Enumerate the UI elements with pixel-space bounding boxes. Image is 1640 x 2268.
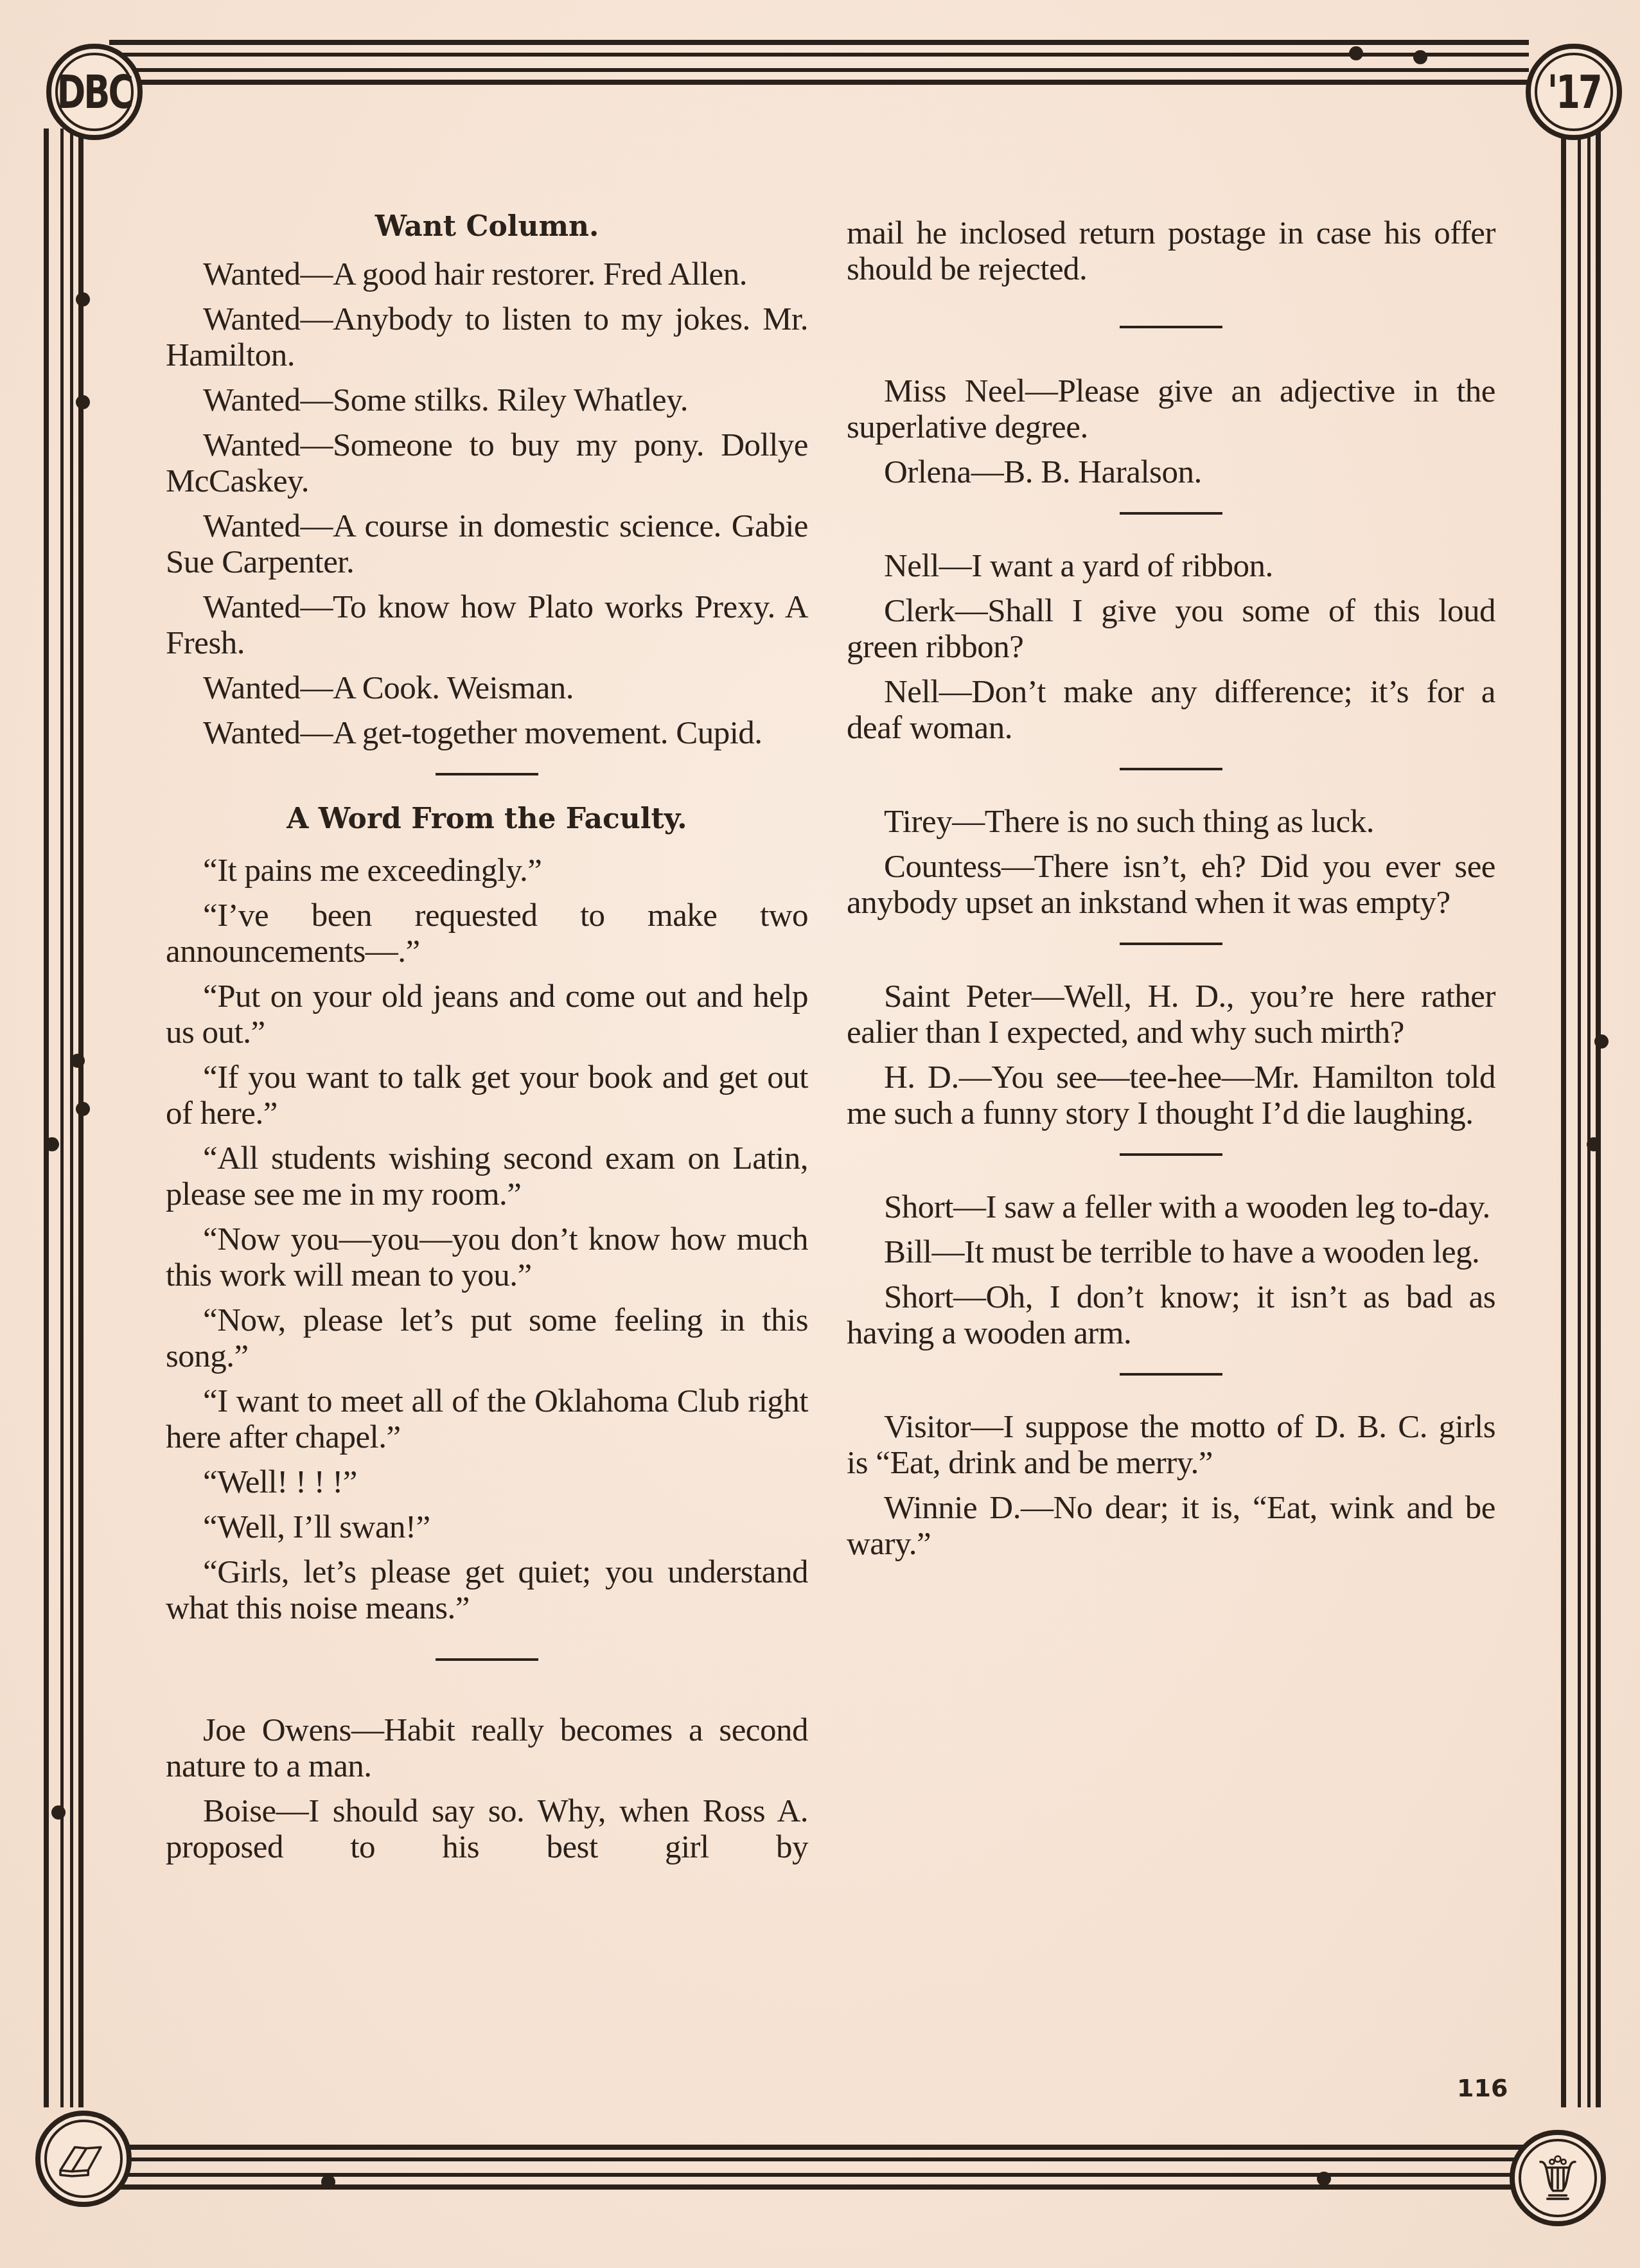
book-glyph	[55, 2130, 112, 2188]
want-item: Wanted—Someone to buy my pony. Dollye Mc…	[166, 427, 808, 499]
section-divider	[1120, 1373, 1222, 1376]
section-title: Want Column.	[166, 209, 808, 245]
left-column: Want Column. Wanted—A good hair restorer…	[166, 209, 808, 1874]
joke-line: Short—I saw a feller with a wooden leg t…	[847, 1189, 1495, 1225]
joke-ribbon: Nell—I want a yard of ribbon. Clerk—Shal…	[847, 548, 1495, 746]
border-right	[1561, 128, 1601, 2107]
joke-line: Nell—I want a yard of ribbon.	[847, 548, 1495, 584]
faculty-quote: “Well, I’ll swan!”	[166, 1509, 808, 1545]
vine-berry-icon	[1587, 1137, 1601, 1151]
section-divider	[1120, 943, 1222, 945]
section-divider	[436, 1658, 538, 1661]
vine-berry-icon	[76, 292, 90, 306]
faculty-quote: “Now, please let’s put some feeling in t…	[166, 1302, 808, 1374]
joke-line: Miss Neel—Please give an adjective in th…	[847, 373, 1495, 445]
section-divider	[1120, 1153, 1222, 1156]
joke-line: Tirey—There is no such thing as luck.	[847, 804, 1495, 840]
want-item: Wanted—A course in domestic science. Gab…	[166, 508, 808, 580]
faculty-quote: “Well! ! ! !”	[166, 1464, 808, 1500]
section-divider	[1120, 512, 1222, 515]
vine-berry-icon	[1317, 2172, 1331, 2186]
faculty-quote: “Put on your old jeans and come out and …	[166, 979, 808, 1050]
joke-wooden-leg: Short—I saw a feller with a wooden leg t…	[847, 1189, 1495, 1351]
vine-berry-icon	[1594, 1034, 1609, 1049]
right-column: mail he inclosed return postage in case …	[847, 215, 1495, 1571]
joke-motto: Visitor—I suppose the motto of D. B. C. …	[847, 1409, 1495, 1562]
page-number: 116	[1457, 2074, 1508, 2102]
joke-saint-peter: Saint Peter—Well, H. D., you’re here rat…	[847, 979, 1495, 1131]
joke-line: Orlena—B. B. Haralson.	[847, 454, 1495, 490]
year-17-icon: '17	[1526, 44, 1622, 140]
section-divider	[436, 773, 538, 775]
vine-berry-icon	[76, 395, 90, 409]
faculty-quote: “If you want to talk get your book and g…	[166, 1059, 808, 1131]
want-item: Wanted—Anybody to listen to my jokes. Mr…	[166, 301, 808, 373]
want-item: Wanted—A get-together movement. Cupid.	[166, 715, 808, 751]
faculty-quote: “I’ve been requested to make two announc…	[166, 898, 808, 970]
joke-superlative: Miss Neel—Please give an adjective in th…	[847, 373, 1495, 490]
vine-berry-icon	[45, 1137, 59, 1151]
joke-line: Winnie D.—No dear; it is, “Eat, wink and…	[847, 1490, 1495, 1562]
joke-line: Visitor—I suppose the motto of D. B. C. …	[847, 1409, 1495, 1481]
want-item: Wanted—Some stilks. Riley Whatley.	[166, 382, 808, 418]
faculty-quote: “Girls, let’s please get quiet; you unde…	[166, 1554, 808, 1626]
joke-line: Joe Owens—Habit really becomes a second …	[166, 1712, 808, 1784]
vine-berry-icon	[321, 2175, 335, 2189]
continued-text: mail he inclosed return postage in case …	[847, 215, 1495, 287]
want-item: Wanted—To know how Plato works Prexy. A …	[166, 589, 808, 661]
lyre-glyph	[1529, 2149, 1587, 2207]
joke-line: Countess—There isn’t, eh? Did you ever s…	[847, 849, 1495, 921]
section-divider	[1120, 768, 1222, 770]
monogram-text: DBC	[57, 65, 132, 119]
section-divider	[1120, 326, 1222, 328]
joke-line: H. D.—You see—tee-hee—Mr. Hamilton told …	[847, 1059, 1495, 1131]
joke-line: Boise—I should say so. Why, when Ross A.…	[166, 1793, 808, 1865]
joke-line: Saint Peter—Well, H. D., you’re here rat…	[847, 979, 1495, 1050]
faculty-quote: “All students wishing second exam on Lat…	[166, 1140, 808, 1212]
vine-berry-icon	[76, 1102, 90, 1116]
lyre-icon	[1510, 2130, 1606, 2226]
faculty-quote: “Now you—you—you don’t know how much thi…	[166, 1221, 808, 1293]
section-title: A Word From the Faculty.	[166, 801, 808, 837]
joke-line: Bill—It must be terrible to have a woode…	[847, 1234, 1495, 1270]
year-text: '17	[1547, 65, 1601, 119]
want-item: Wanted—A Cook. Weisman.	[166, 670, 808, 706]
vine-berry-icon	[1349, 46, 1363, 60]
want-item: Wanted—A good hair restorer. Fred Allen.	[166, 256, 808, 292]
faculty-quote: “I want to meet all of the Oklahoma Club…	[166, 1383, 808, 1455]
faculty-quote: “It pains me exceedingly.”	[166, 853, 808, 889]
border-top	[109, 40, 1529, 85]
vine-berry-icon	[71, 1054, 85, 1068]
joke-line: Short—Oh, I don’t know; it isn’t as bad …	[847, 1279, 1495, 1351]
joke-habit: Joe Owens—Habit really becomes a second …	[166, 1712, 808, 1865]
joke-line: Clerk—Shall I give you some of this loud…	[847, 593, 1495, 665]
dbc-monogram-icon: DBC	[46, 44, 143, 140]
joke-line: Nell—Don’t make any difference; it’s for…	[847, 674, 1495, 746]
vine-berry-icon	[51, 1805, 66, 1820]
open-book-icon	[35, 2111, 132, 2207]
vine-berry-icon	[1413, 50, 1427, 64]
want-column-section: Want Column. Wanted—A good hair restorer…	[166, 209, 808, 751]
faculty-section: A Word From the Faculty. “It pains me ex…	[166, 801, 808, 1626]
joke-luck: Tirey—There is no such thing as luck. Co…	[847, 804, 1495, 921]
